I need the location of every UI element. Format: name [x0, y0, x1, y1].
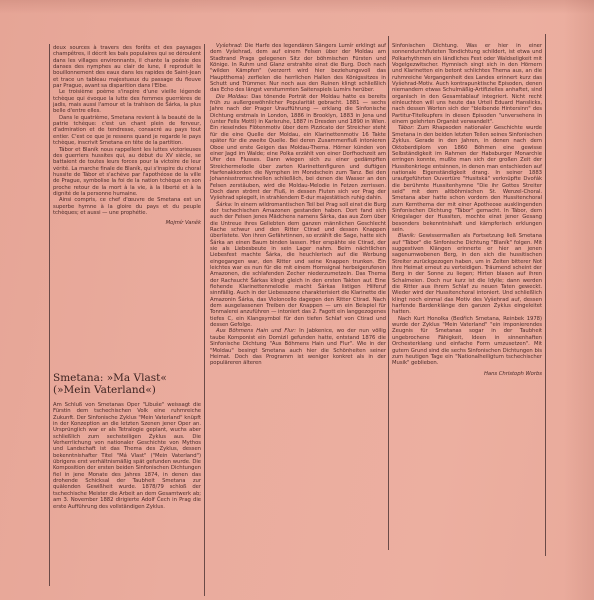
movement-paragraph-vysehrad: Vyšehrad: Die Harfe des legendären Sänge… — [210, 43, 386, 94]
column-rule-left — [204, 44, 205, 596]
movement-paragraph-tabor: Tábor: Zum Rhapsoden nationaler Geschich… — [392, 125, 542, 233]
section-heading: Smetana: »Ma Vlast« (»Mein Vaterland«) — [53, 372, 203, 396]
movement-text: In Jabkenice, wo der nun völlig taube Ko… — [210, 328, 386, 366]
french-signature: Mojmír Vaněk — [53, 220, 201, 226]
movement-title: Aus Böhmens Hain und Flur: — [216, 328, 296, 334]
movement-title: Blaník: — [398, 233, 416, 239]
french-paragraph: Ainsi compris, ce chef d'œuvre de Smetan… — [53, 197, 201, 216]
column-rule-middle — [388, 36, 389, 550]
right-text-column: Sinfonischen Dichtung. Was er hier in ei… — [392, 43, 542, 377]
middle-text-column: Vyšehrad: Die Harfe des legendären Sänge… — [210, 43, 386, 367]
heading-subtitle: (»Mein Vaterland«) — [53, 384, 203, 396]
page-shadow-right — [564, 0, 594, 600]
movement-paragraph-bohmens-hain: Aus Böhmens Hain und Flur: In Jabkenice,… — [210, 328, 386, 366]
movement-paragraph-blanik: Blaník: Gewissermaßen als Fortsetzung li… — [392, 233, 542, 315]
french-text-column: deux sources à travers des forêts et des… — [53, 45, 201, 227]
movement-title: Tábor: — [398, 125, 414, 131]
movement-text: Sinfonischen Dichtung. Was er hier in ei… — [392, 43, 542, 125]
closing-paragraph: Nach Kurt Honolka (Bedřich Smetana, Rein… — [392, 316, 542, 367]
movement-text: Die Harfe des legendären Sängers Lumír e… — [210, 43, 386, 93]
heading-title: Smetana: »Ma Vlast« — [53, 372, 203, 384]
german-intro-paragraph: Am Schluß von Smetanas Oper "Libuše" wei… — [53, 402, 201, 510]
movement-paragraph-moldau: Die Moldau: Das tönende Porträt der Mold… — [210, 94, 386, 202]
continuation-paragraph: Sinfonischen Dichtung. Was er hier in ei… — [392, 43, 542, 125]
column-rule-left-outer — [49, 44, 50, 586]
french-paragraph: Dans le quatrième, Smetana revient à la … — [53, 115, 201, 147]
column-rule-right — [545, 34, 546, 556]
movement-text: Zum Rhapsoden nationaler Geschichte wurd… — [392, 125, 542, 233]
movement-title: Šárka: — [216, 202, 233, 208]
movement-text: Das tönende Porträt der Moldau hatte es … — [210, 94, 386, 202]
movement-text: Nach Kurt Honolka (Bedřich Smetana, Rein… — [392, 316, 542, 366]
movement-paragraph-sarka: Šárka: In einem wildromantischen Teil be… — [210, 202, 386, 329]
movement-text: Gewissermaßen als Fortsetzung ließ Smeta… — [392, 233, 542, 315]
german-signature: Hans Christoph Worbs — [392, 371, 542, 377]
german-intro-column: Am Schluß von Smetanas Oper "Libuše" wei… — [53, 402, 201, 510]
french-paragraph: deux sources à travers des forêts et des… — [53, 45, 201, 89]
movement-title: Die Moldau: — [216, 94, 248, 100]
french-paragraph: Le troisième poème s'inspire d'une vieil… — [53, 89, 201, 114]
french-paragraph: Tábor et Blaník nous rappellent les lutt… — [53, 147, 201, 198]
movement-text: In einem wildromantischen Teil bei Prag … — [210, 202, 386, 329]
page-shadow-top — [0, 0, 594, 14]
